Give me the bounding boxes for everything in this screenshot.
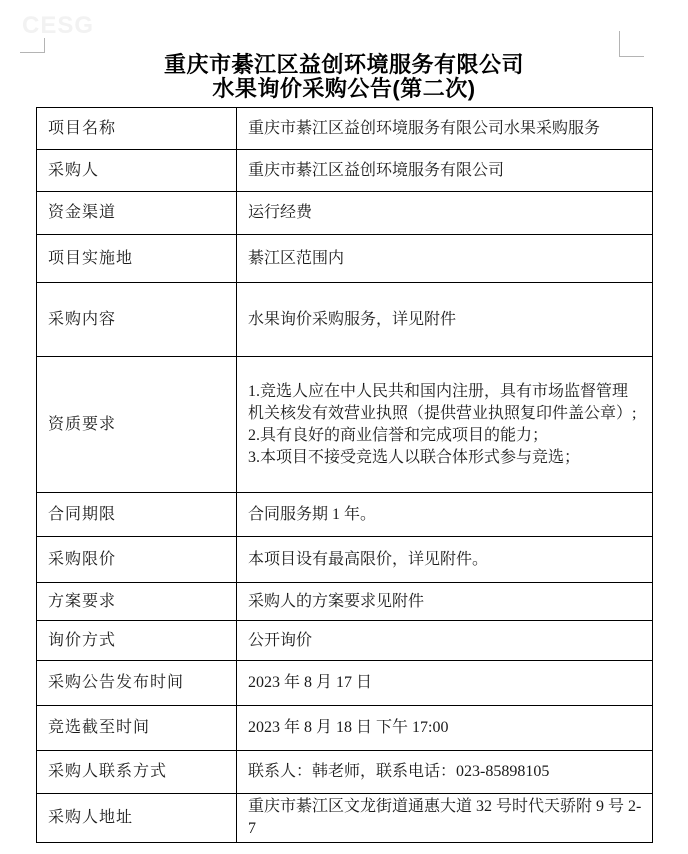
row-value: 重庆市綦江区文龙街道通惠大道 32 号时代天骄附 9 号 2-7 <box>237 794 653 843</box>
row-value: 重庆市綦江区益创环境服务有限公司 <box>237 150 653 192</box>
title-line-2: 水果询价采购公告(第二次) <box>0 77 688 101</box>
table-row-qualification-requirements: 资质要求 1.竞选人应在中人民共和国内注册，具有市场监督管理机关核发有效营业执照… <box>37 357 653 493</box>
row-label: 采购人联系方式 <box>37 751 237 794</box>
row-label: 采购人地址 <box>37 794 237 843</box>
row-value: 公开询价 <box>237 621 653 661</box>
row-label: 项目实施地 <box>37 235 237 283</box>
row-label: 竞选截至时间 <box>37 706 237 751</box>
row-label: 采购限价 <box>37 537 237 583</box>
row-label: 采购人 <box>37 150 237 192</box>
table-row-scheme-requirements: 方案要求 采购人的方案要求见附件 <box>37 583 653 621</box>
row-label: 询价方式 <box>37 621 237 661</box>
table-row-project-name: 项目名称 重庆市綦江区益创环境服务有限公司水果采购服务 <box>37 108 653 150</box>
row-value: 綦江区范围内 <box>237 235 653 283</box>
row-value: 水果询价采购服务，详见附件 <box>237 283 653 357</box>
qualification-item-2: 2.具有良好的商业信誉和完成项目的能力； <box>248 425 642 447</box>
row-label: 方案要求 <box>37 583 237 621</box>
row-value: 运行经费 <box>237 192 653 235</box>
page-title: 重庆市綦江区益创环境服务有限公司 水果询价采购公告(第二次) <box>0 53 688 101</box>
row-label: 项目名称 <box>37 108 237 150</box>
table-row-inquiry-method: 询价方式 公开询价 <box>37 621 653 661</box>
table-row-contract-term: 合同期限 合同服务期 1 年。 <box>37 493 653 537</box>
table-row-announcement-date: 采购公告发布时间 2023 年 8 月 17 日 <box>37 661 653 706</box>
table-row-purchaser: 采购人 重庆市綦江区益创环境服务有限公司 <box>37 150 653 192</box>
table-row-contact-info: 采购人联系方式 联系人：韩老师，联系电话：023-85898105 <box>37 751 653 794</box>
table-row-implementation-site: 项目实施地 綦江区范围内 <box>37 235 653 283</box>
row-value: 重庆市綦江区益创环境服务有限公司水果采购服务 <box>237 108 653 150</box>
row-value: 采购人的方案要求见附件 <box>237 583 653 621</box>
row-value: 联系人：韩老师，联系电话：023-85898105 <box>237 751 653 794</box>
table-row-price-limit: 采购限价 本项目设有最高限价，详见附件。 <box>37 537 653 583</box>
table-row-purchaser-address: 采购人地址 重庆市綦江区文龙街道通惠大道 32 号时代天骄附 9 号 2-7 <box>37 794 653 843</box>
qualification-item-1: 1.竞选人应在中人民共和国内注册，具有市场监督管理机关核发有效营业执照（提供营业… <box>248 381 642 425</box>
row-label: 采购公告发布时间 <box>37 661 237 706</box>
table-row-bid-deadline: 竞选截至时间 2023 年 8 月 18 日 下午 17:00 <box>37 706 653 751</box>
table-row-procurement-content: 采购内容 水果询价采购服务，详见附件 <box>37 283 653 357</box>
row-label: 采购内容 <box>37 283 237 357</box>
qualification-item-3: 3.本项目不接受竞选人以联合体形式参与竞选； <box>248 447 642 469</box>
crop-mark-top-left-icon <box>20 38 45 53</box>
row-value: 2023 年 8 月 17 日 <box>237 661 653 706</box>
watermark-cesg: CESG <box>22 12 94 40</box>
row-label: 资质要求 <box>37 357 237 493</box>
announcement-table: 项目名称 重庆市綦江区益创环境服务有限公司水果采购服务 采购人 重庆市綦江区益创… <box>36 107 653 843</box>
table-row-funding-source: 资金渠道 运行经费 <box>37 192 653 235</box>
document-page: CESG 重庆市綦江区益创环境服务有限公司 水果询价采购公告(第二次) 项目名称… <box>0 0 688 854</box>
row-value: 1.竞选人应在中人民共和国内注册，具有市场监督管理机关核发有效营业执照（提供营业… <box>237 357 653 493</box>
row-label: 合同期限 <box>37 493 237 537</box>
row-value: 合同服务期 1 年。 <box>237 493 653 537</box>
title-line-1: 重庆市綦江区益创环境服务有限公司 <box>0 53 688 77</box>
row-value: 2023 年 8 月 18 日 下午 17:00 <box>237 706 653 751</box>
row-label: 资金渠道 <box>37 192 237 235</box>
row-value: 本项目设有最高限价，详见附件。 <box>237 537 653 583</box>
